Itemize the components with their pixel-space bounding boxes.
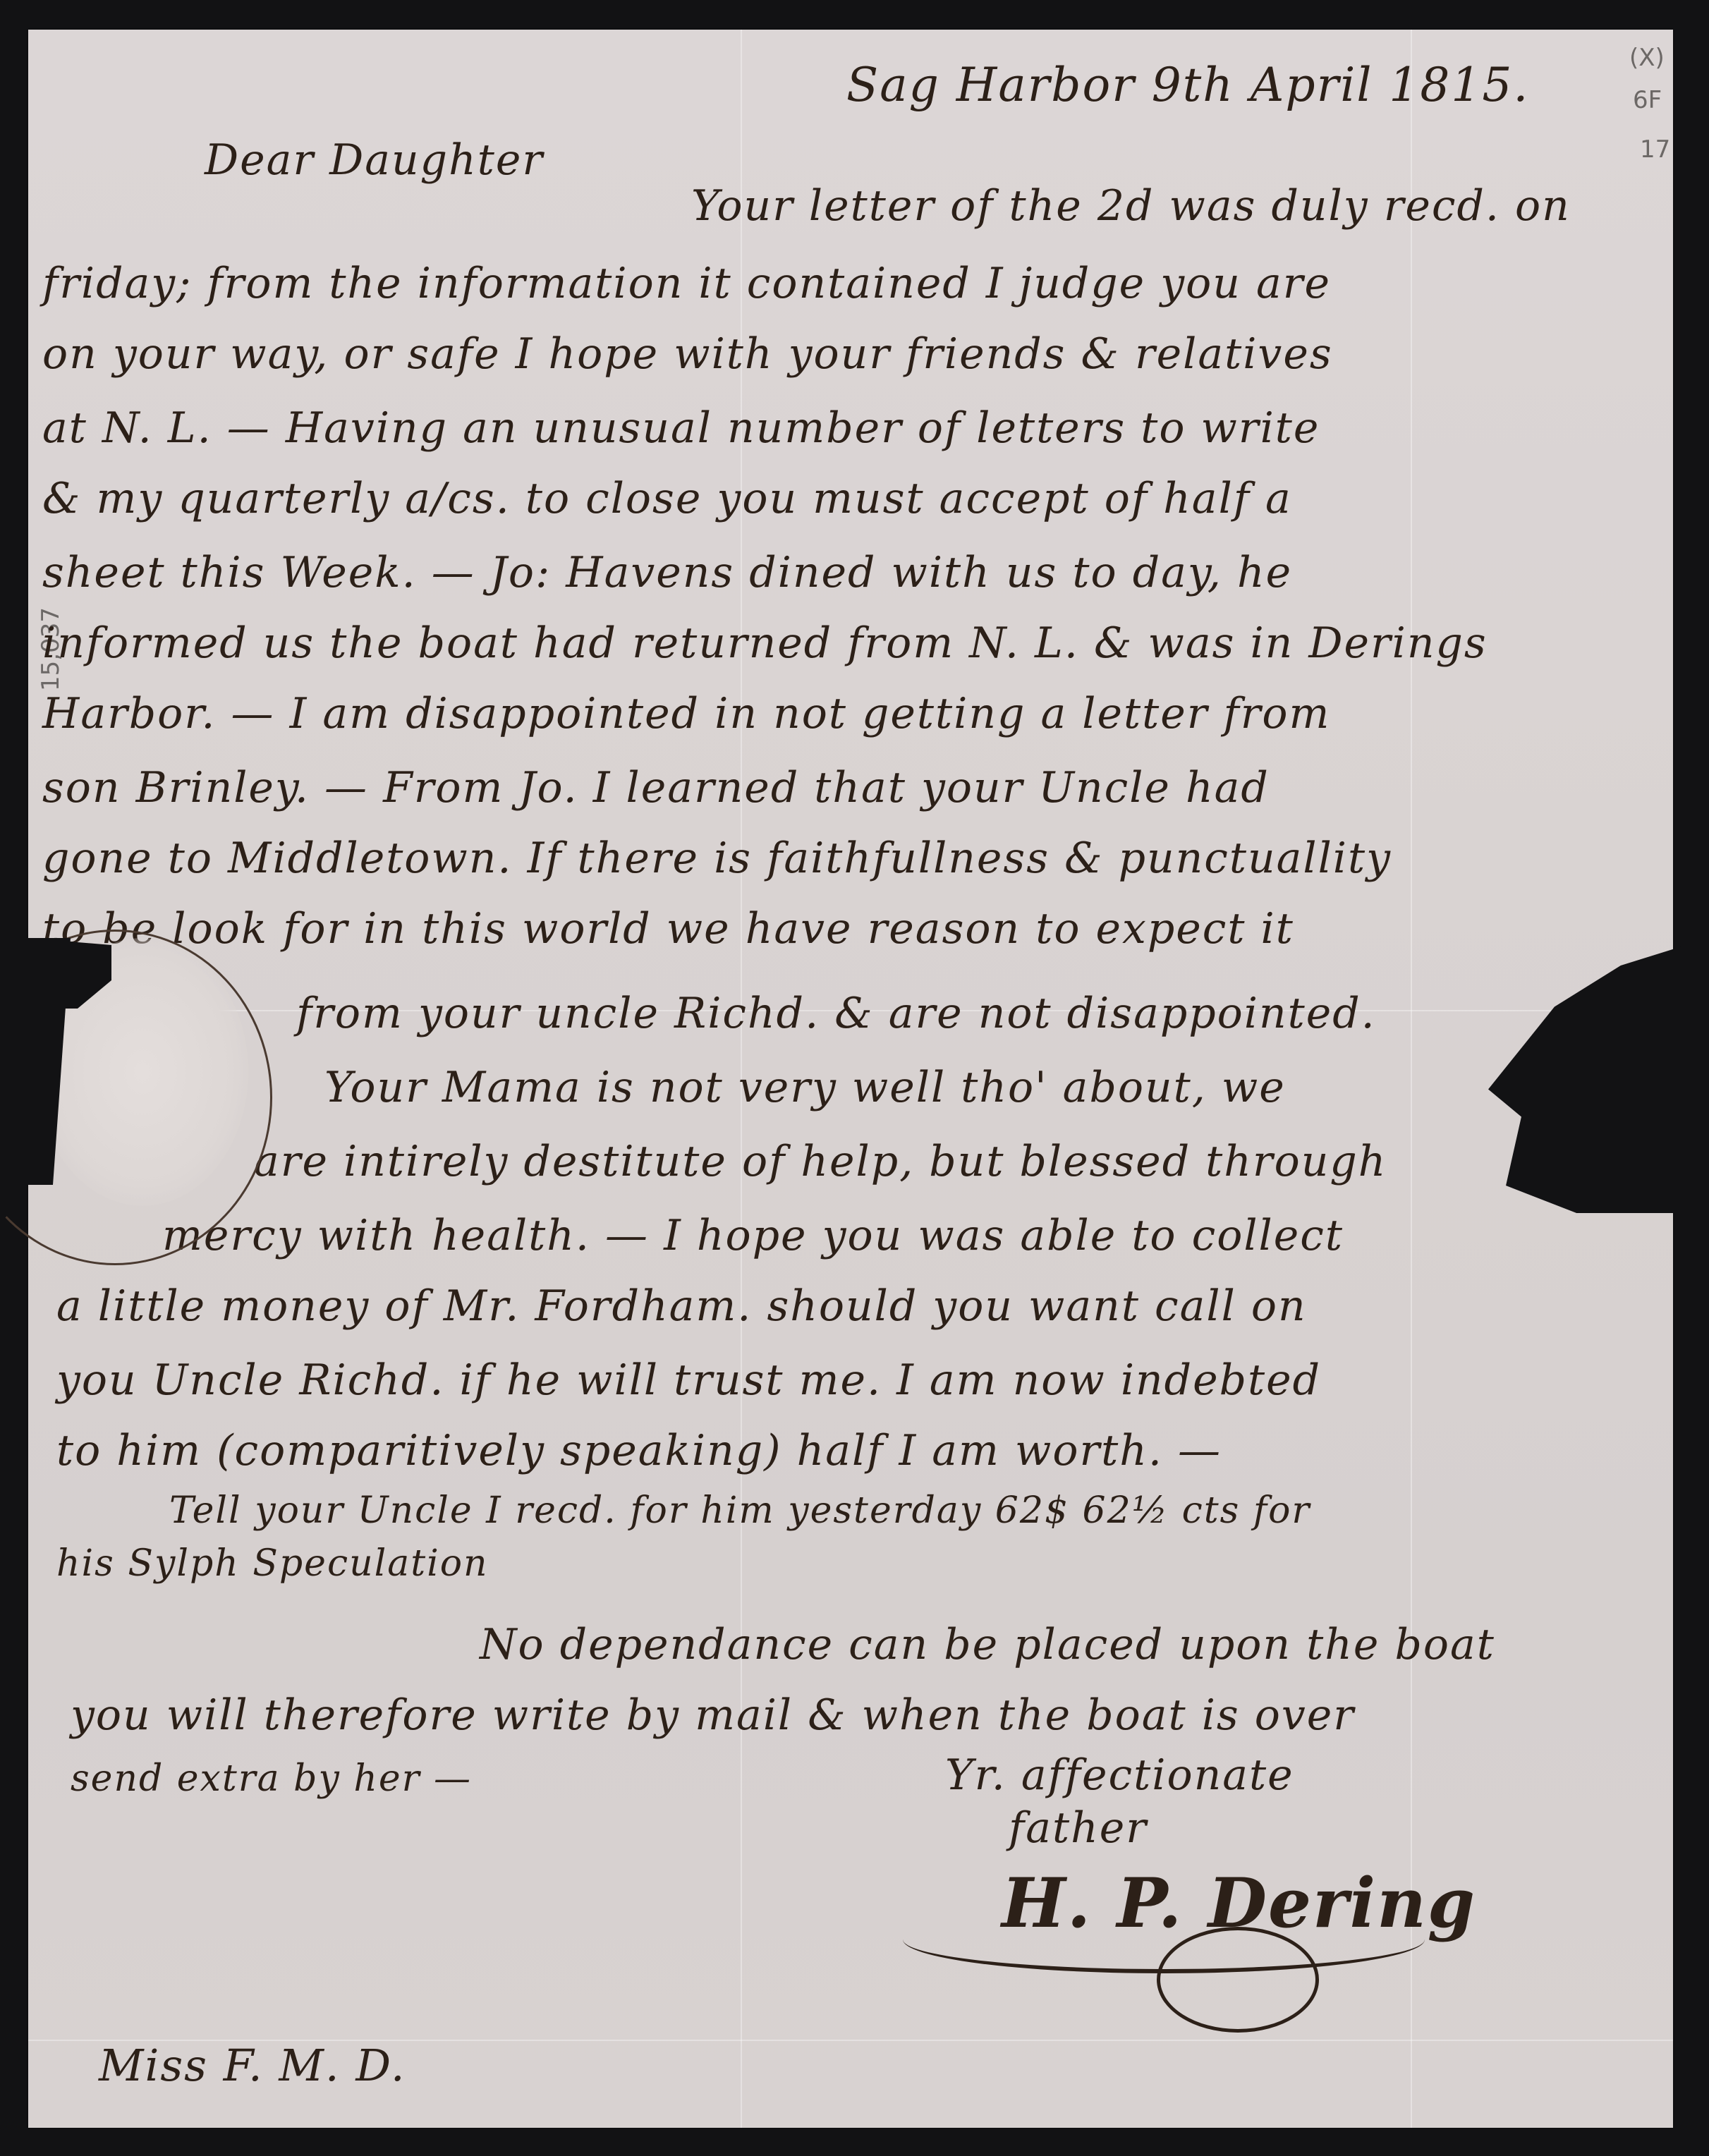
body-line: Tell your Uncle I recd. for him yesterda… (169, 1490, 1310, 1532)
body-line: friday; from the information it containe… (42, 259, 1331, 308)
letter-paper: (X) 6F 17 15,037 Sag Harbor 9th April 18… (28, 30, 1673, 2128)
archive-mark-folder: 6F (1633, 86, 1662, 114)
body-line: to be look for in this world we have rea… (42, 904, 1294, 954)
archive-mark-number: 17 (1640, 135, 1670, 164)
body-line: Harbor. — I am disappointed in not getti… (42, 689, 1330, 738)
body-line: mercy with health. — I hope you was able… (162, 1211, 1344, 1260)
body-line: Your letter of the 2d was duly recd. on (691, 181, 1571, 231)
archive-mark-x: (X) (1629, 44, 1665, 72)
body-line: son Brinley. — From Jo. I learned that y… (42, 763, 1270, 812)
dateline: Sag Harbor 9th April 1815. (846, 58, 1529, 112)
body-line: at N. L. — Having an unusual number of l… (42, 403, 1320, 453)
body-line: gone to Middletown. If there is faithful… (42, 834, 1392, 883)
body-line: are intirely destitute of help, but bles… (254, 1137, 1387, 1186)
body-line: from your uncle Richd. & are not disappo… (296, 989, 1376, 1038)
body-line: to him (comparitively speaking) half I a… (56, 1426, 1222, 1475)
fold-line-vertical (1411, 30, 1412, 2128)
body-line: send extra by her — (71, 1758, 472, 1800)
body-line: on your way, or safe I hope with your fr… (42, 329, 1333, 379)
body-line: informed us the boat had returned from N… (42, 619, 1488, 668)
addressee: Miss F. M. D. (99, 2040, 406, 2091)
body-line: you Uncle Richd. if he will trust me. I … (56, 1356, 1321, 1405)
salutation: Dear Daughter (205, 135, 544, 185)
body-line: sheet this Week. — Jo: Havens dined with… (42, 548, 1292, 597)
closing-line: Yr. affectionate (945, 1750, 1294, 1800)
body-line: his Sylph Speculation (56, 1542, 489, 1585)
body-line: & my quarterly a/cs. to close you must a… (42, 474, 1292, 523)
body-line: a little money of Mr. Fordham. should yo… (56, 1281, 1307, 1331)
body-line: Your Mama is not very well tho' about, w… (324, 1063, 1286, 1112)
signature-loop (1157, 1927, 1319, 2033)
closing-line: father (1009, 1803, 1148, 1853)
body-line: you will therefore write by mail & when … (71, 1691, 1355, 1740)
body-line: No dependance can be placed upon the boa… (480, 1620, 1495, 1669)
